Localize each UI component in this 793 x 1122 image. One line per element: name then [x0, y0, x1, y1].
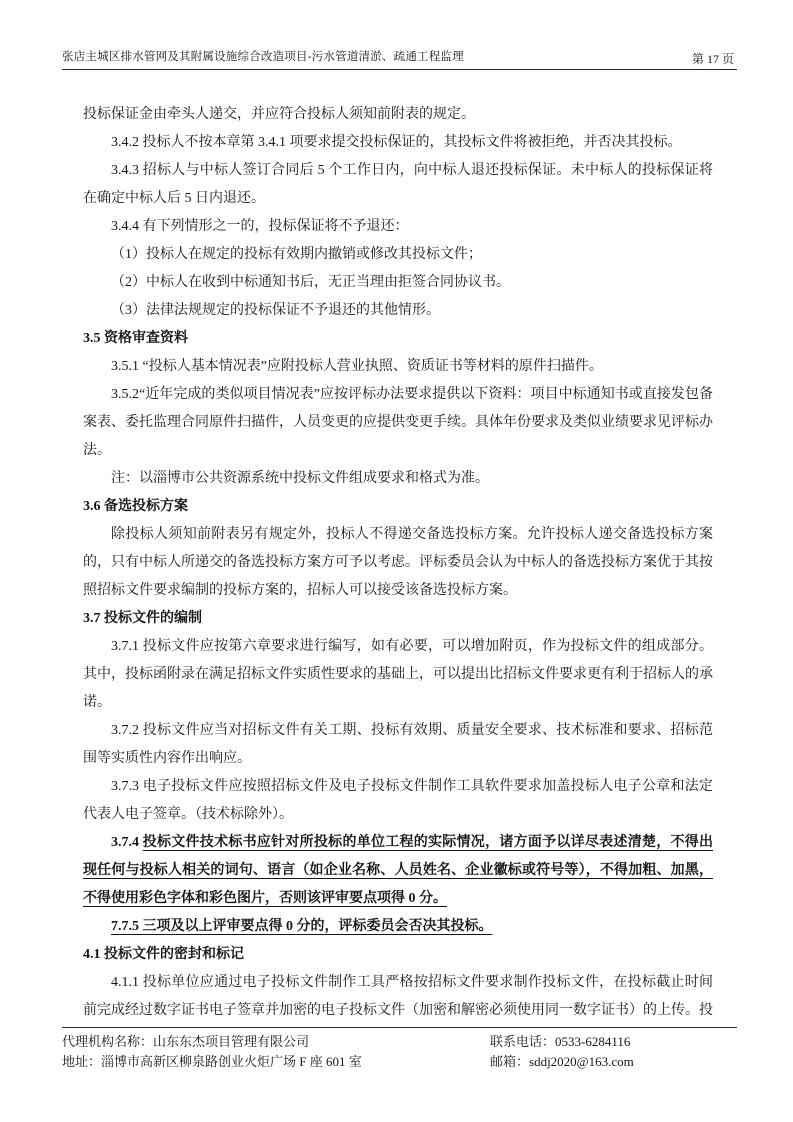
paragraph: 3.4.4 有下列情形之一的，投标保证将不予退还： — [83, 213, 713, 241]
emphasized-underlined-text: 7.7.5 三项及以上评审要点得 0 分的，评标委员会否决其投标。 — [111, 919, 493, 934]
address-value: 淄博市高新区柳泉路创业火炬广场 F 座 601 室 — [101, 1054, 362, 1069]
agency-label: 代理机构名称： — [62, 1034, 153, 1049]
page-footer: 代理机构名称：山东东杰项目管理有限公司 联系电话：0533-6284116 地址… — [62, 1027, 737, 1071]
paragraph: 除投标人须知前附表另有规定外，投标人不得递交备选投标方案。允许投标人递交备选投标… — [83, 521, 713, 605]
address-info: 地址：淄博市高新区柳泉路创业火炬广场 F 座 601 室 — [62, 1052, 490, 1072]
paragraph: 3.5.2“近年完成的类似项目情况表”应按评标办法要求提供以下资料：项目中标通知… — [83, 381, 713, 465]
emphasized-underlined-text: 投标文件技术标书应针对所投标的单位工程的实际情况，诸方面予以详尽表述清楚，不得出… — [83, 835, 713, 906]
paragraph: 4.1.1 投标单位应通过电子投标文件制作工具严格按招标文件要求制作投标文件，在… — [83, 969, 713, 1025]
agency-info: 代理机构名称：山东东杰项目管理有限公司 — [62, 1032, 490, 1052]
paragraph: 3.5.1 “投标人基本情况表”应附投标人营业执照、资质证书等材料的原件扫描件。 — [83, 353, 713, 381]
email-label: 邮箱： — [490, 1054, 529, 1069]
paragraph: 3.4.3 招标人与中标人签订合同后 5 个工作日内，向中标人退还投标保证。未中… — [83, 157, 713, 213]
paragraph: 投标保证金由牵头人递交，并应符合投标人须知前附表的规定。 — [83, 101, 713, 129]
agency-name: 山东东杰项目管理有限公司 — [153, 1034, 309, 1049]
email-info: 邮箱：sddj2020@163.com — [490, 1052, 737, 1072]
footer-row: 代理机构名称：山东东杰项目管理有限公司 联系电话：0533-6284116 — [62, 1032, 737, 1052]
paragraph: 3.7.1 投标文件应按第六章要求进行编写，如有必要，可以增加附页，作为投标文件… — [83, 633, 713, 717]
paragraph: （2）中标人在收到中标通知书后，无正当理由拒签合同协议书。 — [83, 269, 713, 297]
clause-number: 3.7.4 — [111, 835, 143, 850]
paragraph: 7.7.5 三项及以上评审要点得 0 分的，评标委员会否决其投标。 — [83, 913, 713, 941]
paragraph: （3）法律法规规定的投标保证不予退还的其他情形。 — [83, 297, 713, 325]
paragraph: 注：以淄博市公共资源系统中投标文件组成要求和格式为准。 — [83, 465, 713, 493]
email-value: sddj2020@163.com — [529, 1054, 634, 1069]
paragraph: 3.4.2 投标人不按本章第 3.4.1 项要求提交投标保证的，其投标文件将被拒… — [83, 129, 713, 157]
phone-number: 0533-6284116 — [555, 1034, 630, 1049]
phone-label: 联系电话： — [490, 1034, 555, 1049]
document-body: 投标保证金由牵头人递交，并应符合投标人须知前附表的规定。3.4.2 投标人不按本… — [83, 101, 713, 1025]
section-heading: 4.1 投标文件的密封和标记 — [83, 941, 713, 969]
header-title: 张店主城区排水管网及其附属设施综合改造项目-污水管道清淤、疏通工程监理 — [62, 48, 464, 64]
paragraph: （1）投标人在规定的投标有效期内撤销或修改其投标文件； — [83, 241, 713, 269]
footer-row: 地址：淄博市高新区柳泉路创业火炬广场 F 座 601 室 邮箱：sddj2020… — [62, 1052, 737, 1072]
paragraph: 3.7.2 投标文件应当对招标文件有关工期、投标有效期、质量安全要求、技术标准和… — [83, 717, 713, 773]
paragraph: 3.7.3 电子投标文件应按照招标文件及电子投标文件制作工具软件要求加盖投标人电… — [83, 773, 713, 829]
section-heading: 3.6 备选投标方案 — [83, 493, 713, 521]
paragraph: 3.7.4 投标文件技术标书应针对所投标的单位工程的实际情况，诸方面予以详尽表述… — [83, 829, 713, 913]
page-header: 张店主城区排水管网及其附属设施综合改造项目-污水管道清淤、疏通工程监理 第 17… — [62, 44, 737, 70]
header-page-number: 第 17 页 — [684, 50, 737, 70]
phone-info: 联系电话：0533-6284116 — [490, 1032, 737, 1052]
header-rule: 张店主城区排水管网及其附属设施综合改造项目-污水管道清淤、疏通工程监理 第 17… — [62, 44, 737, 70]
address-label: 地址： — [62, 1054, 101, 1069]
section-heading: 3.7 投标文件的编制 — [83, 605, 713, 633]
document-page: 张店主城区排水管网及其附属设施综合改造项目-污水管道清淤、疏通工程监理 第 17… — [0, 0, 793, 1122]
section-heading: 3.5 资格审查资料 — [83, 325, 713, 353]
